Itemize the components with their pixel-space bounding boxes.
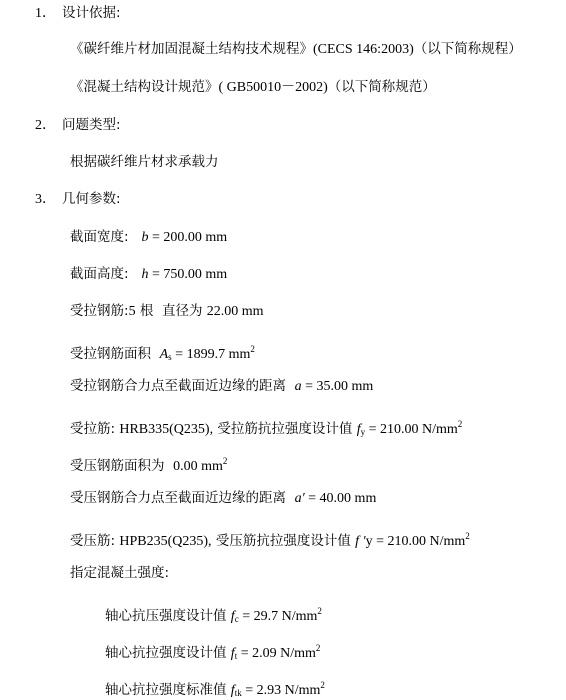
param-label: 受拉钢筋合力点至截面近边缘的距离 — [70, 378, 286, 394]
param-value: 0.00 mm — [173, 459, 223, 474]
code-abbr: （以下简称规程） — [414, 41, 522, 57]
param-label: 受拉钢筋面积 — [70, 346, 151, 362]
param-value: = 35.00 mm — [302, 379, 374, 394]
section-heading-3: 3．几何参数: — [35, 188, 121, 210]
section-title: 问题类型: — [62, 117, 121, 133]
section-title: 设计依据: — [62, 5, 121, 21]
param-var: a′ — [295, 491, 305, 506]
param-value: = 40.00 mm — [305, 491, 377, 506]
diameter-label: 直径为 — [162, 303, 203, 319]
param-superscript: 2 — [250, 344, 255, 354]
param-compression-distance: 受压钢筋合力点至截面近边缘的距离 a′ = 40.00 mm — [70, 487, 376, 509]
param-value: = 200.00 mm — [148, 230, 227, 245]
param-value: = 1899.7 mm — [172, 347, 251, 362]
param-ftk: 轴心抗拉强度标准值 ftk = 2.93 N/mm2 — [105, 674, 325, 696]
code-id: ( GB50010－2002) — [219, 80, 328, 95]
bar-count: 5 — [129, 304, 136, 319]
param-value: = 2.93 N/mm — [242, 683, 321, 698]
param-subscript: tk — [235, 688, 242, 698]
param-label: 受拉钢筋: — [70, 303, 129, 319]
param-label: 轴心抗压强度设计值 — [105, 608, 227, 624]
param-tension-area: 受拉钢筋面积 As = 1899.7 mm2 — [70, 338, 255, 360]
param-subscript: y — [366, 534, 373, 549]
param-tension-grade: 受拉筋: HRB335(Q235), 受拉筋抗拉强度设计值 fy = 210.0… — [70, 413, 462, 435]
param-superscript: 2 — [465, 531, 470, 541]
param-superscript: 2 — [458, 419, 463, 429]
param-superscript: 2 — [320, 680, 325, 690]
param-var: A — [160, 347, 169, 362]
param-desc: 受拉筋抗拉强度设计值 — [217, 421, 352, 437]
param-label: 受压钢筋面积为 — [70, 458, 165, 474]
param-fc: 轴心抗压强度设计值 fc = 29.7 N/mm2 — [105, 600, 322, 622]
section-heading-2: 2．问题类型: — [35, 114, 121, 136]
section-number: 1． — [35, 6, 56, 21]
section-heading-1: 1．设计依据: — [35, 2, 121, 24]
param-label: 受拉筋: — [70, 421, 115, 437]
param-label: 截面宽度: — [70, 229, 129, 245]
param-superscript: 2 — [223, 456, 228, 466]
param-value: = 210.00 N/mm — [373, 534, 466, 549]
param-value: = 29.7 N/mm — [239, 609, 318, 624]
param-tension-distance: 受拉钢筋合力点至截面近边缘的距离 a = 35.00 mm — [70, 375, 373, 397]
param-label: 轴心抗拉强度标准值 — [105, 682, 227, 698]
code-title: 《碳纤维片材加固混凝土结构技术规程》 — [70, 41, 313, 57]
section-title: 几何参数: — [62, 191, 121, 207]
param-height: 截面高度: h = 750.00 mm — [70, 263, 227, 285]
param-compression-area: 受压钢筋面积为 0.00 mm2 — [70, 450, 227, 472]
param-tension-bars: 受拉钢筋:5 根 直径为 22.00 mm — [70, 300, 264, 322]
basis-code-1: 《碳纤维片材加固混凝土结构技术规程》(CECS 146:2003)（以下简称规程… — [70, 38, 522, 60]
code-title: 《混凝土结构设计规范》 — [70, 79, 219, 95]
param-label: 截面高度: — [70, 266, 129, 282]
section-number: 2． — [35, 118, 56, 133]
steel-grade: HRB335(Q235), — [119, 422, 213, 437]
code-abbr: （以下简称规范） — [328, 79, 436, 95]
param-superscript: 2 — [316, 643, 321, 653]
section-number: 3． — [35, 192, 56, 207]
code-id: (CECS 146:2003) — [313, 42, 414, 57]
bar-count-unit: 根 — [140, 303, 154, 319]
param-value: = 210.00 N/mm — [365, 422, 458, 437]
param-ft: 轴心抗拉强度设计值 ft = 2.09 N/mm2 — [105, 637, 320, 659]
param-value: = 750.00 mm — [148, 267, 227, 282]
param-superscript: 2 — [317, 606, 322, 616]
steel-grade: HPB235(Q235), — [119, 534, 211, 549]
param-var: a — [295, 379, 302, 394]
diameter-value: 22.00 mm — [207, 304, 264, 319]
param-width: 截面宽度: b = 200.00 mm — [70, 226, 227, 248]
param-value: = 2.09 N/mm — [237, 646, 316, 661]
param-var: f ′ — [355, 534, 365, 549]
concrete-strength-label: 指定混凝土强度: — [70, 562, 169, 584]
param-label: 受压钢筋合力点至截面近边缘的距离 — [70, 490, 286, 506]
param-compression-grade: 受压筋: HPB235(Q235), 受压筋抗拉强度设计值 f ′y = 210… — [70, 525, 470, 547]
problem-type: 根据碳纤维片材求承载力 — [70, 151, 219, 173]
basis-code-2: 《混凝土结构设计规范》( GB50010－2002)（以下简称规范） — [70, 76, 436, 98]
param-desc: 受压筋抗拉强度设计值 — [216, 533, 351, 549]
param-label: 轴心抗拉强度设计值 — [105, 645, 227, 661]
param-label: 受压筋: — [70, 533, 115, 549]
